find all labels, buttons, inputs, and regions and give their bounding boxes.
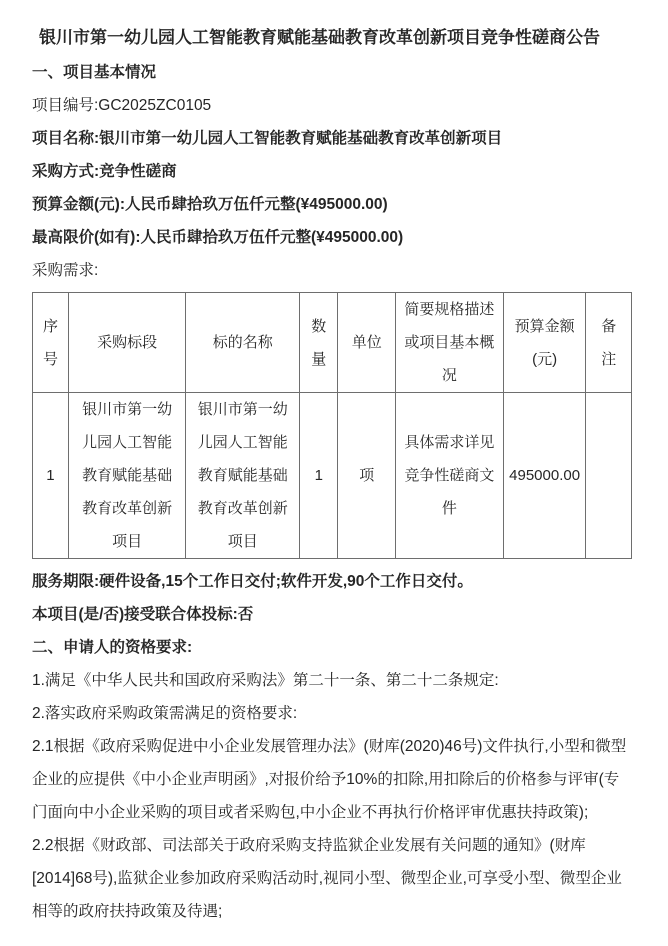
column-header-seq: 序号 xyxy=(33,293,69,393)
column-header-budget: 预算金额(元) xyxy=(503,293,586,393)
cell-spec: 具体需求详见竞争性磋商文件 xyxy=(395,393,503,559)
column-header-section: 采购标段 xyxy=(68,293,185,393)
cell-section: 银川市第一幼儿园人工智能教育赋能基础教育改革创新项目 xyxy=(68,393,185,559)
field-demand-label: 采购需求: xyxy=(32,254,632,287)
qualification-item-2-1: 2.1根据《政府采购促进中小企业发展管理办法》(财库(2020)46号)文件执行… xyxy=(32,730,632,829)
field-project-name: 项目名称:银川市第一幼儿园人工智能教育赋能基础教育改革创新项目 xyxy=(32,122,632,155)
field-project-code: 项目编号:GC2025ZC0105 xyxy=(32,89,632,122)
field-max-price: 最高限价(如有):人民币肆拾玖万伍仟元整(¥495000.00) xyxy=(32,221,632,254)
cell-unit: 项 xyxy=(338,393,396,559)
procurement-requirements-table: 序号 采购标段 标的名称 数量 单位 简要规格描述或项目基本概况 预算金额(元)… xyxy=(32,292,632,559)
table-row: 1 银川市第一幼儿园人工智能教育赋能基础教育改革创新项目 银川市第一幼儿园人工智… xyxy=(33,393,632,559)
cell-note xyxy=(586,393,632,559)
qualification-item-2: 2.落实政府采购政策需满足的资格要求: xyxy=(32,697,632,730)
column-header-subject: 标的名称 xyxy=(186,293,300,393)
qualification-item-1: 1.满足《中华人民共和国政府采购法》第二十一条、第二十二条规定: xyxy=(32,664,632,697)
field-service-period: 服务期限:硬件设备,15个工作日交付;软件开发,90个工作日交付。 xyxy=(32,565,632,598)
field-budget-amount: 预算金额(元):人民币肆拾玖万伍仟元整(¥495000.00) xyxy=(32,188,632,221)
cell-seq: 1 xyxy=(33,393,69,559)
section-heading-qualifications: 二、申请人的资格要求: xyxy=(32,631,632,664)
column-header-spec: 简要规格描述或项目基本概况 xyxy=(395,293,503,393)
document-page: { "document": { "title": "银川市第一幼儿园人工智能教育… xyxy=(0,0,668,946)
cell-budget: 495000.00 xyxy=(503,393,586,559)
column-header-unit: 单位 xyxy=(338,293,396,393)
column-header-quantity: 数量 xyxy=(300,293,338,393)
qualification-item-2-2: 2.2根据《财政部、司法部关于政府采购支持监狱企业发展有关问题的通知》(财库[2… xyxy=(32,829,632,928)
cell-quantity: 1 xyxy=(300,393,338,559)
column-header-note: 备注 xyxy=(586,293,632,393)
field-consortium-bidding: 本项目(是/否)接受联合体投标:否 xyxy=(32,598,632,631)
page-title: 银川市第一幼儿园人工智能教育赋能基础教育改革创新项目竞争性磋商公告 xyxy=(39,20,632,56)
field-procurement-method: 采购方式:竞争性磋商 xyxy=(32,155,632,188)
announcement-document: 银川市第一幼儿园人工智能教育赋能基础教育改革创新项目竞争性磋商公告 一、项目基本… xyxy=(0,0,668,946)
section-heading-basic-info: 一、项目基本情况 xyxy=(32,56,632,89)
table-header-row: 序号 采购标段 标的名称 数量 单位 简要规格描述或项目基本概况 预算金额(元)… xyxy=(33,293,632,393)
cell-subject: 银川市第一幼儿园人工智能教育赋能基础教育改革创新项目 xyxy=(186,393,300,559)
